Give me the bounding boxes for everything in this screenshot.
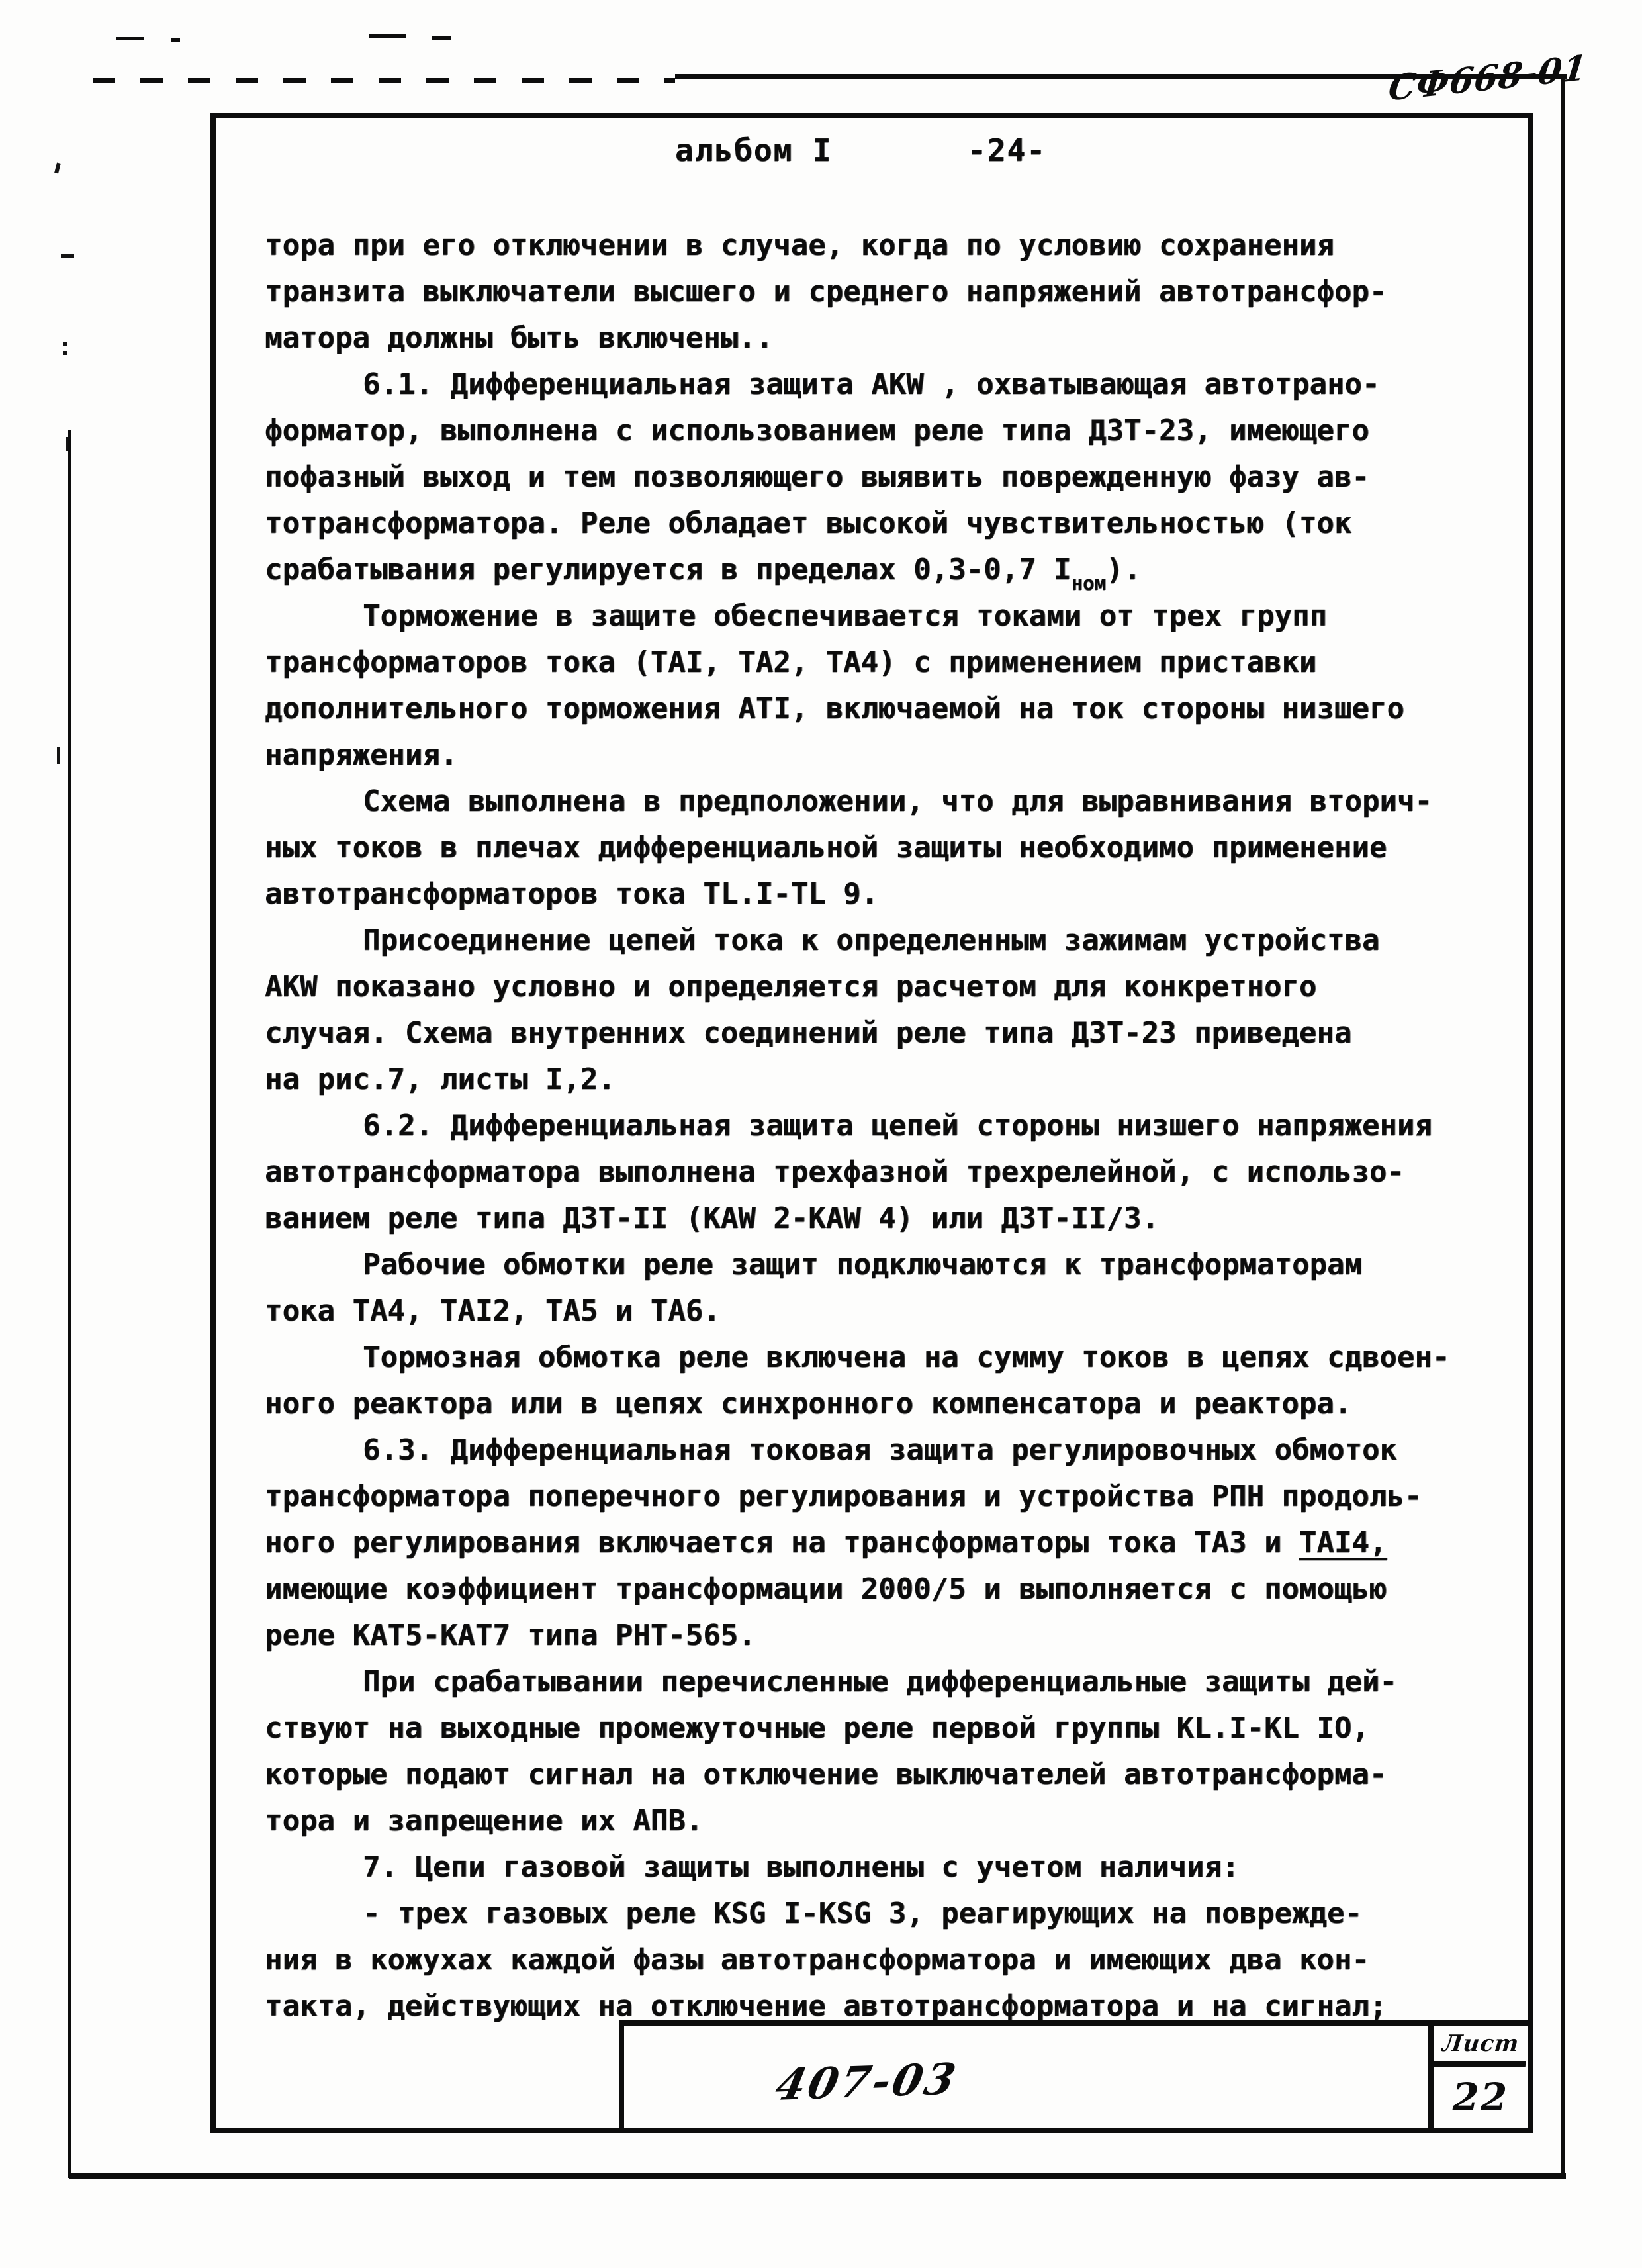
outer-frame-left [68,430,71,2178]
text-line: Схема выполнена в предположении, что для… [265,779,1430,825]
text-line: тора и запрещение их АПВ. [265,1798,1430,1844]
text-line: тотрансформатора. Реле обладает высокой … [265,500,1430,547]
text-line: форматор, выполнена с использованием рел… [265,408,1430,454]
text-line: ного реактора или в цепях синхронного ко… [265,1381,1430,1427]
text-line: тока ТА4, ТАI2, ТА5 и ТА6. [265,1288,1430,1335]
text-line: транзита выключатели высшего и среднего … [265,269,1430,315]
text-line: имеющие коэффициент трансформации 2000/5… [265,1566,1430,1613]
text-line: 6.1. Дифференциальная защита AKW , охват… [265,361,1430,408]
scanned-document-page: СФ668-01 альбом I -24- тора при его откл… [0,0,1642,2268]
text-line: срабатывания регулируется в пределах 0,3… [265,547,1430,593]
text-line: ванием реле типа ДЗТ-II (KAW 2-KAW 4) ил… [265,1196,1430,1242]
outer-frame-bottom [69,2173,1566,2179]
album-title: альбом I [675,132,833,168]
text-line: Рабочие обмотки реле защит подключаются … [265,1242,1430,1288]
top-edge-dashed-line [93,78,675,83]
text-line: на рис.7, листы I,2. [265,1057,1430,1103]
scan-speck [57,747,60,764]
text-line: автотрансформатора выполнена трехфазной … [265,1149,1430,1196]
text-line: трансформатора поперечного регулирования… [265,1474,1430,1520]
text-line: дополнительного торможения АТI, включаем… [265,686,1430,732]
text-line: случая. Схема внутренних соединений реле… [265,1010,1430,1057]
text-line: матора должны быть включены.. [265,315,1430,361]
text-line: тора при его отключении в случае, когда … [265,222,1430,269]
text-segment-underline: ТАI4, [1299,1526,1387,1560]
page-number: -24- [968,132,1046,168]
title-block: 407-03 Лист 22 [619,2020,1533,2133]
text-line: реле КАТ5-КАТ7 типа РНТ-565. [265,1613,1430,1659]
scan-speck [63,342,67,346]
scan-speck [54,163,61,174]
text-line: ния в кожухах каждой фазы автотрансформа… [265,1937,1430,1983]
text-segment-sub: ном [1072,572,1106,594]
text-line: 7. Цепи газовой защиты выполнены с учето… [265,1844,1430,1891]
text-line: трансформаторов тока (ТАI, ТА2, ТА4) с п… [265,639,1430,686]
text-line: Тормозная обмотка реле включена на сумму… [265,1335,1430,1381]
text-line: Торможение в защите обеспечивается токам… [265,593,1430,639]
scan-dash [369,34,406,38]
text-line: автотрансформаторов тока ТL.I-ТL 9. [265,871,1430,918]
text-segment: ного регулирования включается на трансфо… [265,1526,1299,1560]
handwritten-archive-mark: СФ668-01 [1387,47,1589,109]
text-line: напряжения. [265,732,1430,779]
scan-dash [432,36,451,40]
text-line: 6.3. Дифференциальная токовая защита рег… [265,1427,1430,1474]
sheet-label: Лист [1432,2026,1530,2067]
text-line: AKW показано условно и определяется расч… [265,964,1430,1010]
text-segment: срабатывания регулируется в пределах 0,3… [265,553,1072,587]
scan-speck [61,254,74,258]
outer-frame-right [1561,74,1565,2178]
text-segment: ). [1106,553,1141,587]
sheet-cell: Лист 22 [1428,2026,1528,2128]
text-line: которые подают сигнал на отключение выкл… [265,1752,1430,1798]
text-line: - трех газовых реле КSG I-КSG 3, реагиру… [265,1891,1430,1937]
text-line: При срабатывании перечисленные дифференц… [265,1659,1430,1705]
text-line: ных токов в плечах дифференциальной защи… [265,825,1430,871]
text-line: ствуют на выходные промежуточные реле пе… [265,1705,1430,1752]
text-line: пофазный выход и тем позволяющего выявит… [265,454,1430,500]
body-text: тора при его отключении в случае, когда … [265,222,1430,2030]
scan-speck [66,437,68,451]
handwritten-doc-number: 407-03 [771,2054,962,2110]
text-line: Присоединение цепей тока к определенным … [265,918,1430,964]
text-line: ного регулирования включается на трансфо… [265,1520,1430,1566]
sheet-number: 22 [1434,2067,1528,2128]
scan-dash [171,38,180,42]
scan-dash [116,37,144,40]
text-line: 6.2. Дифференциальная защита цепей сторо… [265,1103,1430,1149]
